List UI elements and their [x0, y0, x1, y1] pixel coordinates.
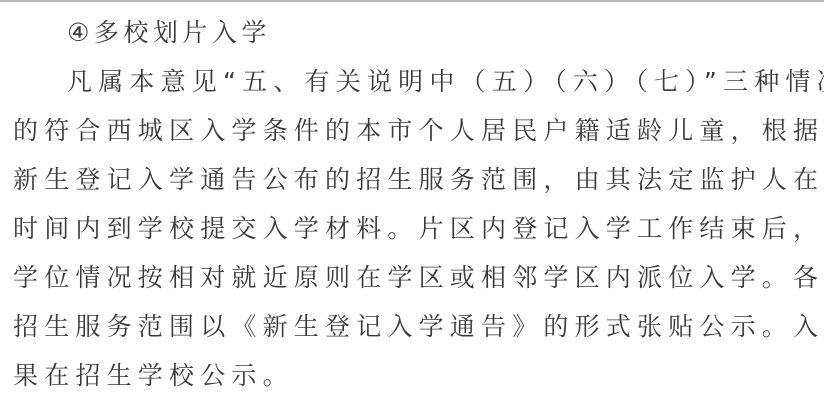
paragraph-line: 新生登记入学通告公布的招生服务范围，由其法定监护人在规定 [13, 155, 813, 204]
paragraph: 凡属本意见“五、有关说明中（五）（六）（七）”三种情况 的符合西城区入学条件的本… [13, 57, 813, 400]
document-body: ④多校划片入学 凡属本意见“五、有关说明中（五）（六）（七）”三种情况 的符合西… [13, 8, 813, 400]
paragraph-line: 果在招生学校公示。 [13, 351, 813, 400]
paragraph-line: 凡属本意见“五、有关说明中（五）（六）（七）”三种情况 [13, 57, 813, 106]
paragraph-line: 学位情况按相对就近原则在学区或相邻学区内派位入学。各小学 [13, 253, 813, 302]
section-heading: ④多校划片入学 [13, 8, 813, 57]
top-divider [0, 0, 824, 2]
paragraph-line: 时间内到学校提交入学材料。片区内登记入学工作结束后，依据 [13, 204, 813, 253]
paragraph-line: 的符合西城区入学条件的本市个人居民户籍适龄儿童，根据小学 [13, 106, 813, 155]
paragraph-line: 招生服务范围以《新生登记入学通告》的形式张贴公示。入学结 [13, 302, 813, 351]
